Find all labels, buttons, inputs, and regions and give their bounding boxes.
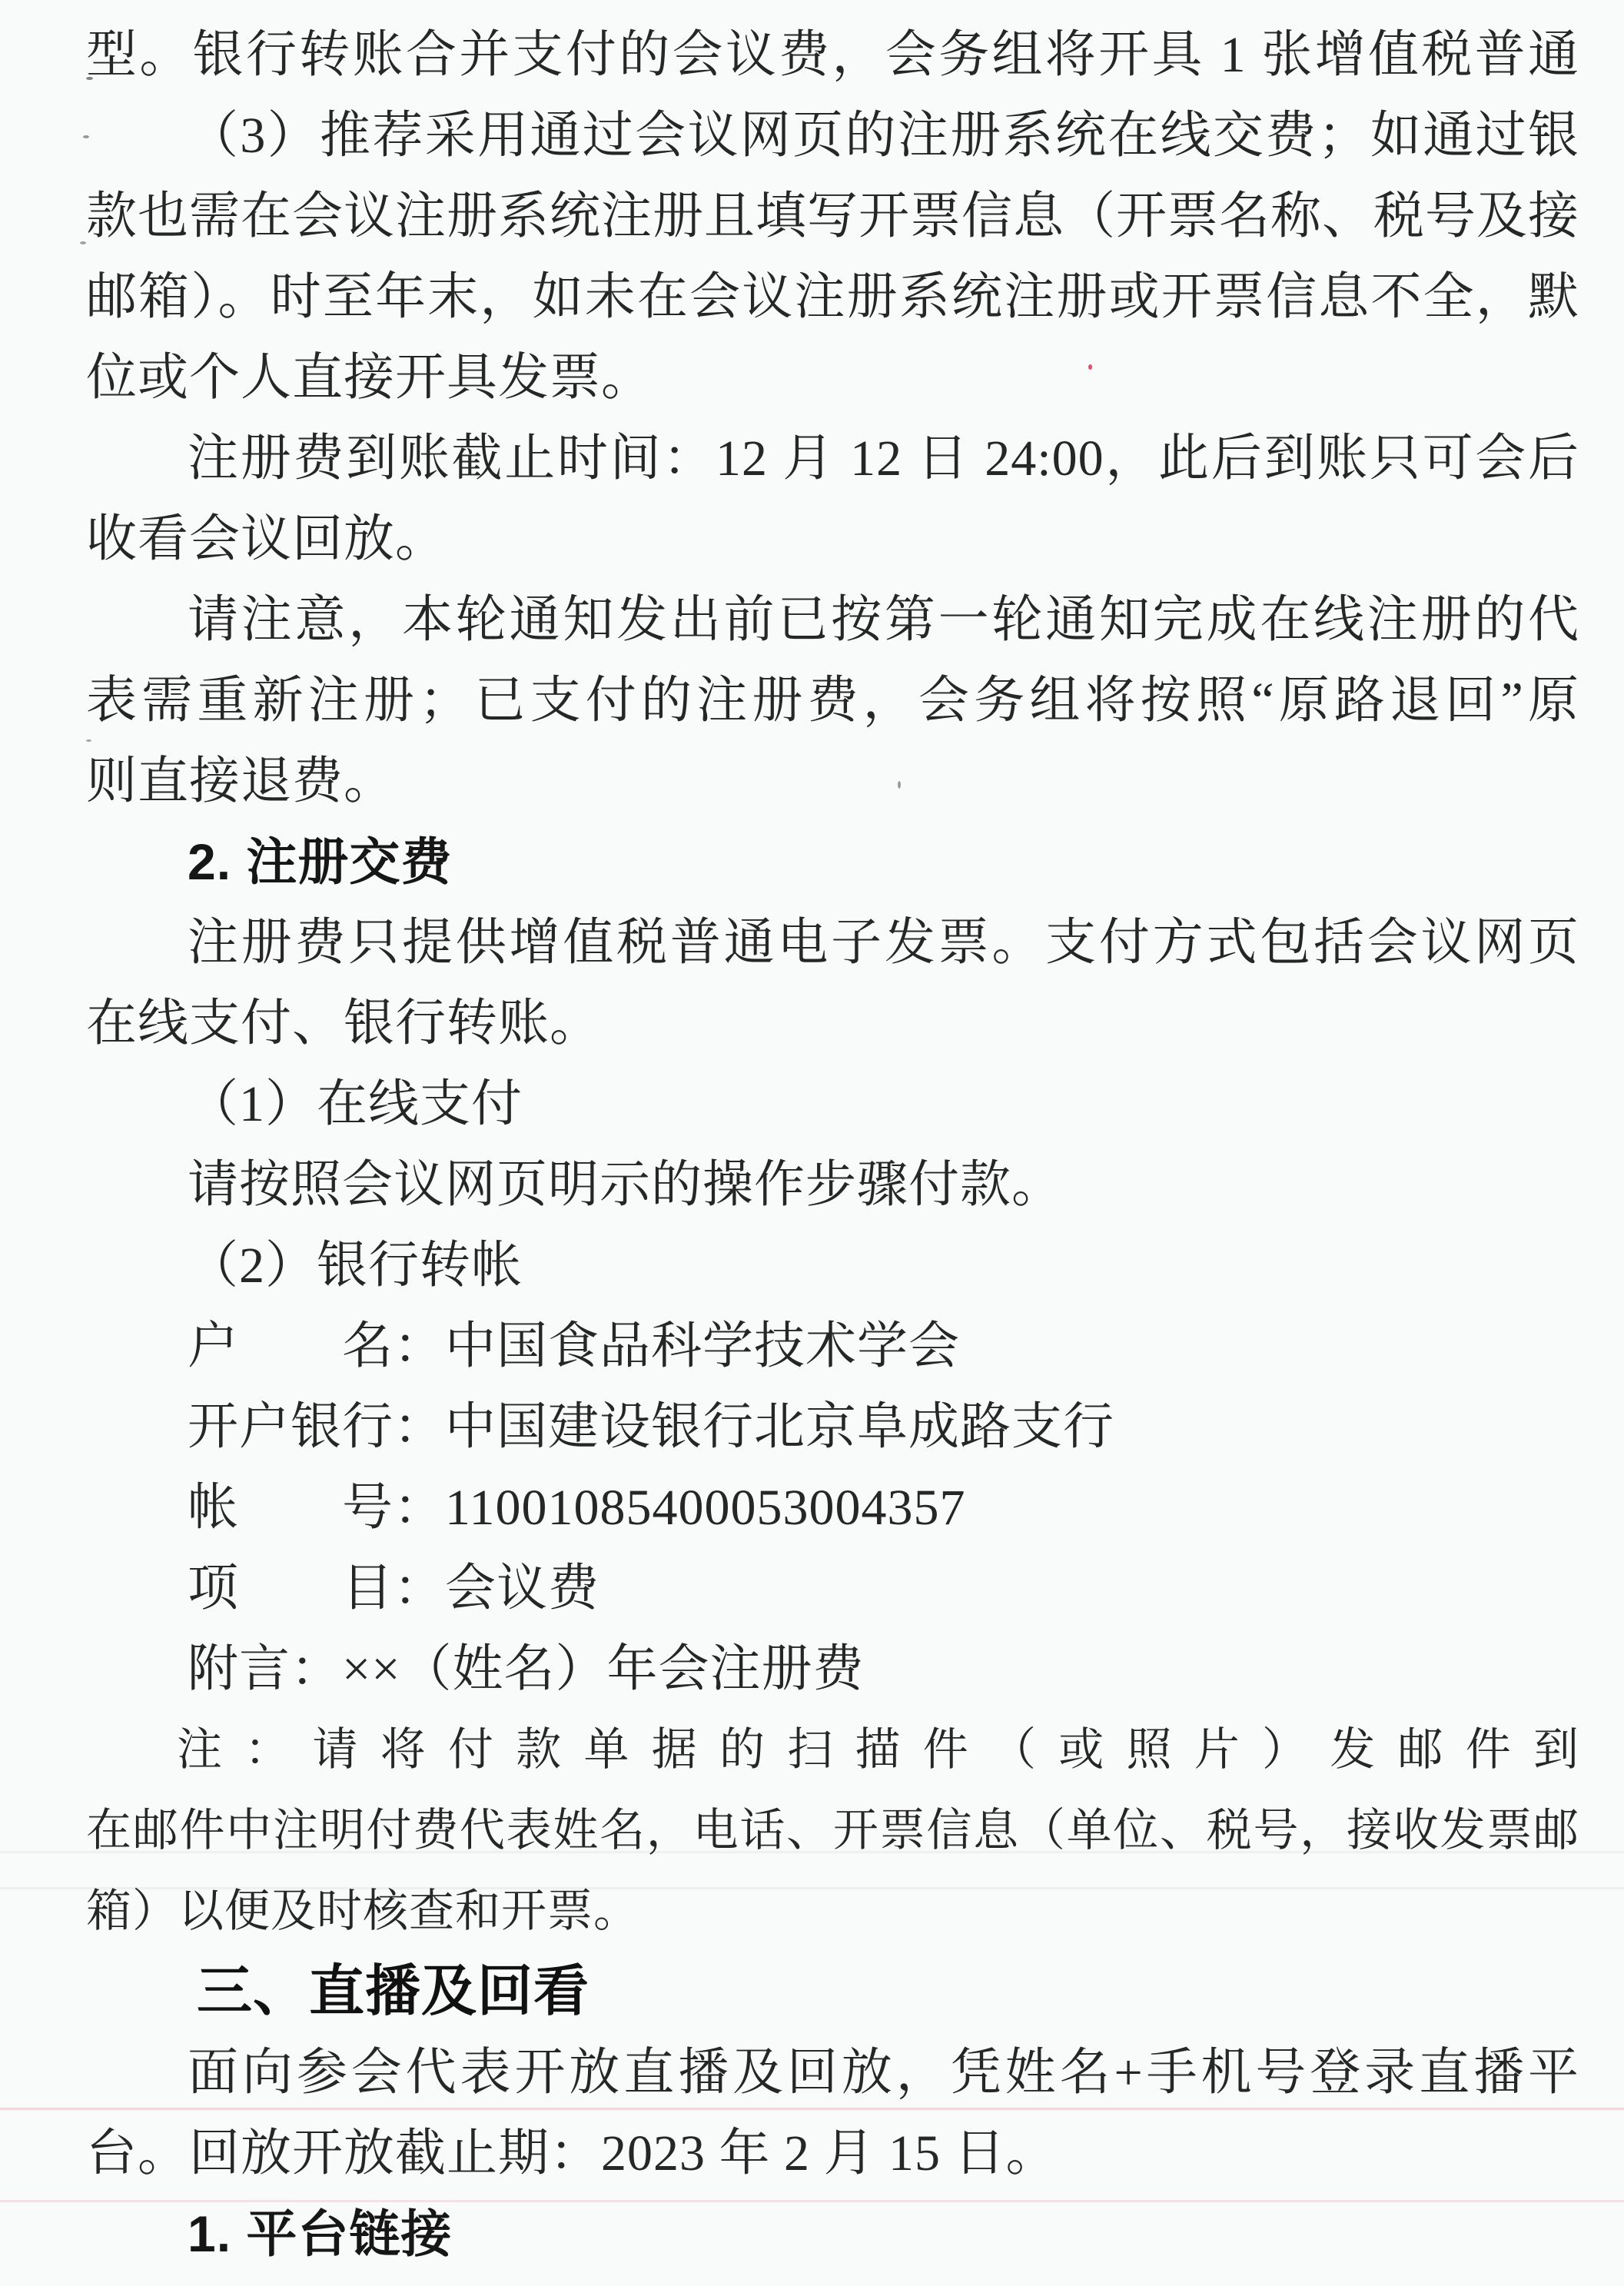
line-remark: 附言：××（姓名）年会注册费 (86, 1629, 1579, 1710)
line-para3-cont1: 款也需在会议注册系统注册且填写开票信息（开票名称、税号及接收发票 (86, 176, 1579, 257)
line-notice-start: 请注意，本轮通知发出前已按第一轮通知完成在线注册的代 (86, 580, 1579, 660)
line-live-start: 面向参会代表开放直播及回放，凭姓名+手机号登录直播平 (86, 2032, 1579, 2113)
heading-registration-payment: 2. 注册交费 (86, 822, 1579, 902)
line-notice-cont1: 表需重新注册；已支付的注册费，会务组将按照“原路退回”原 (86, 660, 1579, 741)
line-bank-branch: 开户银行：中国建设银行北京阜成路支行 (86, 1387, 1579, 1467)
line-deadline-start: 注册费到账截止时间：12 月 12 日 24:00，此后到账只可会后 (86, 418, 1579, 499)
heading-platform-link: 1. 平台链接 (86, 2194, 1579, 2274)
line-payment-methods-cont: 在线支付、银行转账。 (86, 983, 1579, 1064)
line-note-start: 注：请将付款单据的扫描件（或照片）发邮件到 spxh6433@126.com， (86, 1710, 1579, 1790)
heading-live-replay: 三、直播及回看 (86, 1952, 1579, 2032)
subheading-bank-transfer: （2）银行转帐 (86, 1225, 1579, 1306)
line-para3-cont3: 位或个人直接开具发票。 (86, 337, 1579, 418)
line-note-cont2: 箱）以便及时核查和开票。 (86, 1871, 1579, 1952)
line-deadline-cont: 收看会议回放。 (86, 499, 1579, 580)
line-payment-methods-start: 注册费只提供增值税普通电子发票。支付方式包括会议网页 (86, 902, 1579, 983)
line-payment-item: 项 目：会议费 (86, 1548, 1579, 1629)
line-para3-start: （3）推荐采用通过会议网页的注册系统在线交费；如通过银行转账汇 (86, 95, 1579, 176)
line-note-cont1: 在邮件中注明付费代表姓名，电话、开票信息（单位、税号，接收发票邮 (86, 1790, 1579, 1871)
line-account-name: 户 名：中国食品科学技术学会 (86, 1306, 1579, 1387)
line-online-payment-instruction: 请按照会议网页明示的操作步骤付款。 (86, 1145, 1579, 1225)
line-para3-cont2: 邮箱）。时至年末，如未在会议注册系统注册或开票信息不全，默认汇款单 (86, 257, 1579, 337)
subheading-online-payment: （1）在线支付 (86, 1064, 1579, 1145)
scanned-document-page: 型。银行转账合并支付的会议费，会务组将开具 1 张增值税普通电子发票。 （3）推… (0, 0, 1624, 2286)
line-account-number: 帐 号：11001085400053004357 (86, 1467, 1579, 1548)
line-invoice-note: 型。银行转账合并支付的会议费，会务组将开具 1 张增值税普通电子发票。 (86, 15, 1579, 95)
line-live-cont: 台。回放开放截止期：2023 年 2 月 15 日。 (86, 2113, 1579, 2194)
line-notice-cont2: 则直接退费。 (86, 741, 1579, 822)
